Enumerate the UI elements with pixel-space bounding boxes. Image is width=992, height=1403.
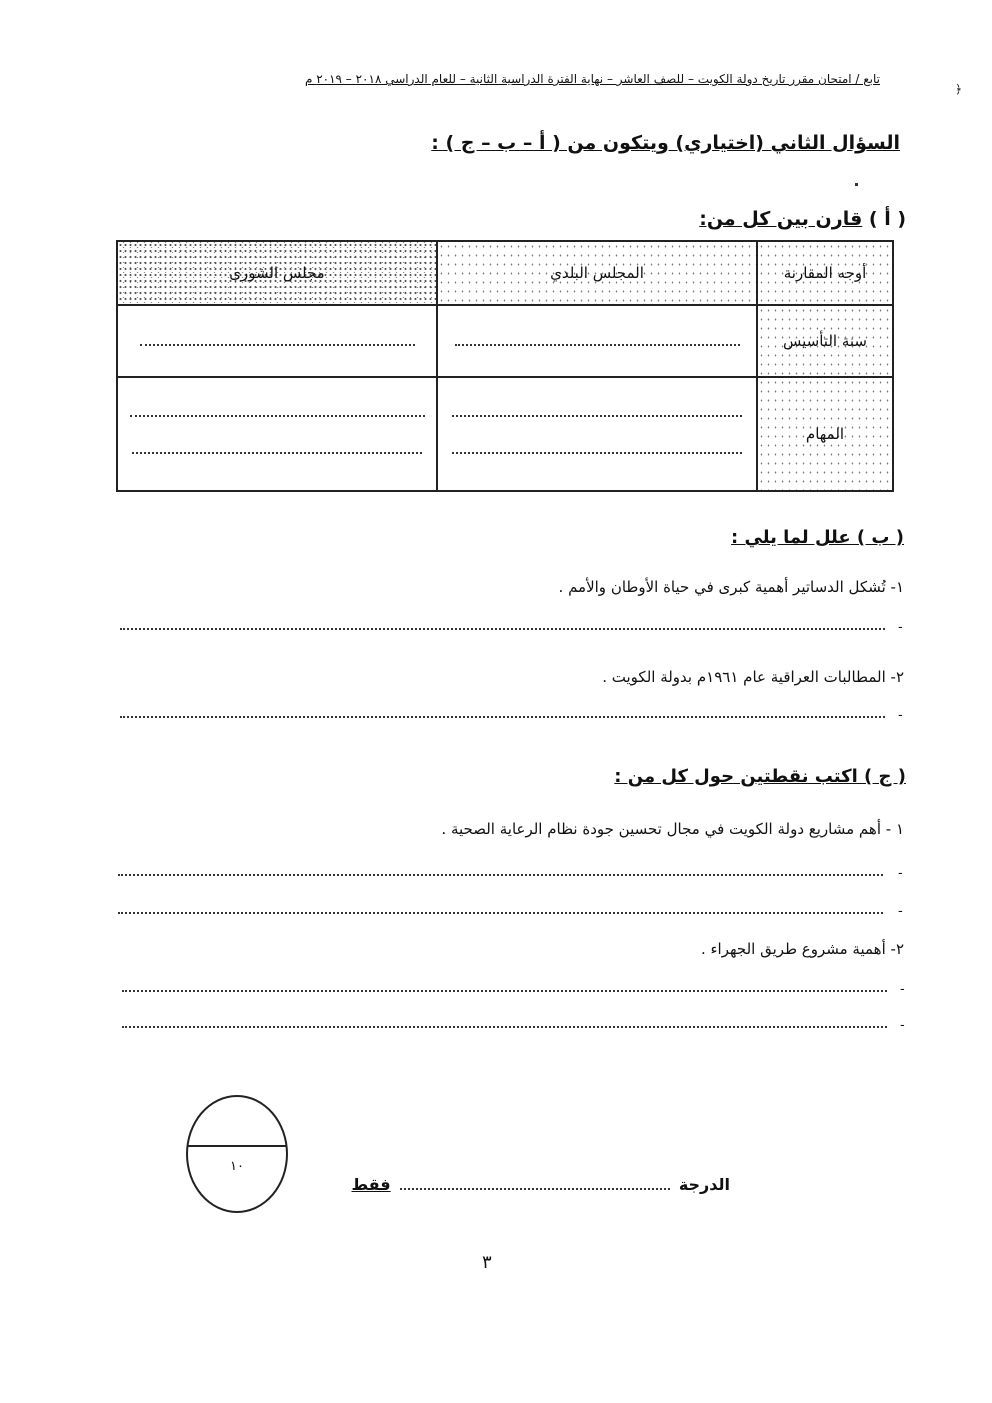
answer-cell[interactable] bbox=[437, 377, 757, 491]
answer-cell[interactable] bbox=[117, 377, 437, 491]
section-a-label: ( أ ) bbox=[869, 208, 906, 230]
score-ellipse: ١٠ bbox=[186, 1095, 288, 1213]
answer-cell[interactable] bbox=[437, 305, 757, 377]
answer-dash: - bbox=[900, 1018, 905, 1033]
answer-line[interactable] bbox=[122, 1024, 887, 1028]
section-c-item-1: ١ - أهم مشاريع دولة الكويت في مجال تحسين… bbox=[441, 820, 904, 838]
answer-line[interactable] bbox=[132, 451, 422, 454]
section-a-heading: ( أ ) قارن بين كل من: bbox=[699, 208, 906, 230]
table-row: المهام bbox=[117, 377, 893, 491]
table-header-row: أوجه المقارنة المجلس البلدي مجلس الشورى bbox=[117, 241, 893, 305]
scan-speck bbox=[855, 183, 858, 186]
corner-mark: ﴿ bbox=[955, 82, 962, 96]
header-municipal-council: المجلس البلدي bbox=[437, 241, 757, 305]
header-shura-council: مجلس الشورى bbox=[117, 241, 437, 305]
question-title: السؤال الثاني (اختياري) ويتكون من ( أ – … bbox=[431, 132, 900, 154]
section-b-item-1: ١- تُشكل الدساتير أهمية كبرى في حياة الأ… bbox=[559, 578, 904, 596]
answer-line[interactable] bbox=[122, 988, 887, 992]
answer-line[interactable] bbox=[120, 626, 885, 630]
page-number: ٣ bbox=[482, 1252, 492, 1273]
comparison-table: أوجه المقارنة المجلس البلدي مجلس الشورى … bbox=[116, 240, 894, 492]
score-divider bbox=[188, 1145, 286, 1147]
header-text: تابع / امتحان مقرر تاريخ دولة الكويت – ل… bbox=[305, 72, 880, 86]
row-label-founding-year: سنة التأسيس bbox=[757, 305, 893, 377]
answer-line[interactable] bbox=[120, 714, 885, 718]
section-c-title: ( ج ) اكتب نقطتين حول كل من : bbox=[614, 766, 906, 787]
section-a-title: قارن بين كل من: bbox=[699, 208, 862, 230]
answer-dash: - bbox=[898, 708, 903, 723]
answer-dash: - bbox=[898, 904, 903, 919]
answer-line[interactable] bbox=[452, 451, 742, 454]
answer-line[interactable] bbox=[140, 343, 415, 346]
answer-cell[interactable] bbox=[117, 305, 437, 377]
header-aspects: أوجه المقارنة bbox=[757, 241, 893, 305]
answer-line[interactable] bbox=[118, 910, 883, 914]
answer-line[interactable] bbox=[130, 414, 425, 417]
row-label-tasks: المهام bbox=[757, 377, 893, 491]
grade-label: الدرجة bbox=[679, 1175, 730, 1194]
page-header: تابع / امتحان مقرر تاريخ دولة الكويت – ل… bbox=[120, 72, 880, 86]
answer-line[interactable] bbox=[455, 343, 740, 346]
section-b-title: ( ب ) علل لما يلي : bbox=[731, 527, 904, 548]
answer-line[interactable] bbox=[452, 414, 742, 417]
answer-dash: - bbox=[898, 866, 903, 881]
grade-unit: فقط bbox=[352, 1175, 391, 1194]
answer-dash: - bbox=[900, 982, 905, 997]
section-c-item-2: ٢- أهمية مشروع طريق الجهراء . bbox=[701, 940, 904, 958]
table-row: سنة التأسيس bbox=[117, 305, 893, 377]
answer-line[interactable] bbox=[118, 872, 883, 876]
grade-line: الدرجة فقط bbox=[340, 1175, 730, 1194]
score-max: ١٠ bbox=[188, 1159, 286, 1174]
answer-dash: - bbox=[898, 620, 903, 635]
grade-input-line[interactable] bbox=[400, 1187, 670, 1190]
section-b-item-2: ٢- المطالبات العراقية عام ١٩٦١م بدولة ال… bbox=[602, 668, 904, 686]
